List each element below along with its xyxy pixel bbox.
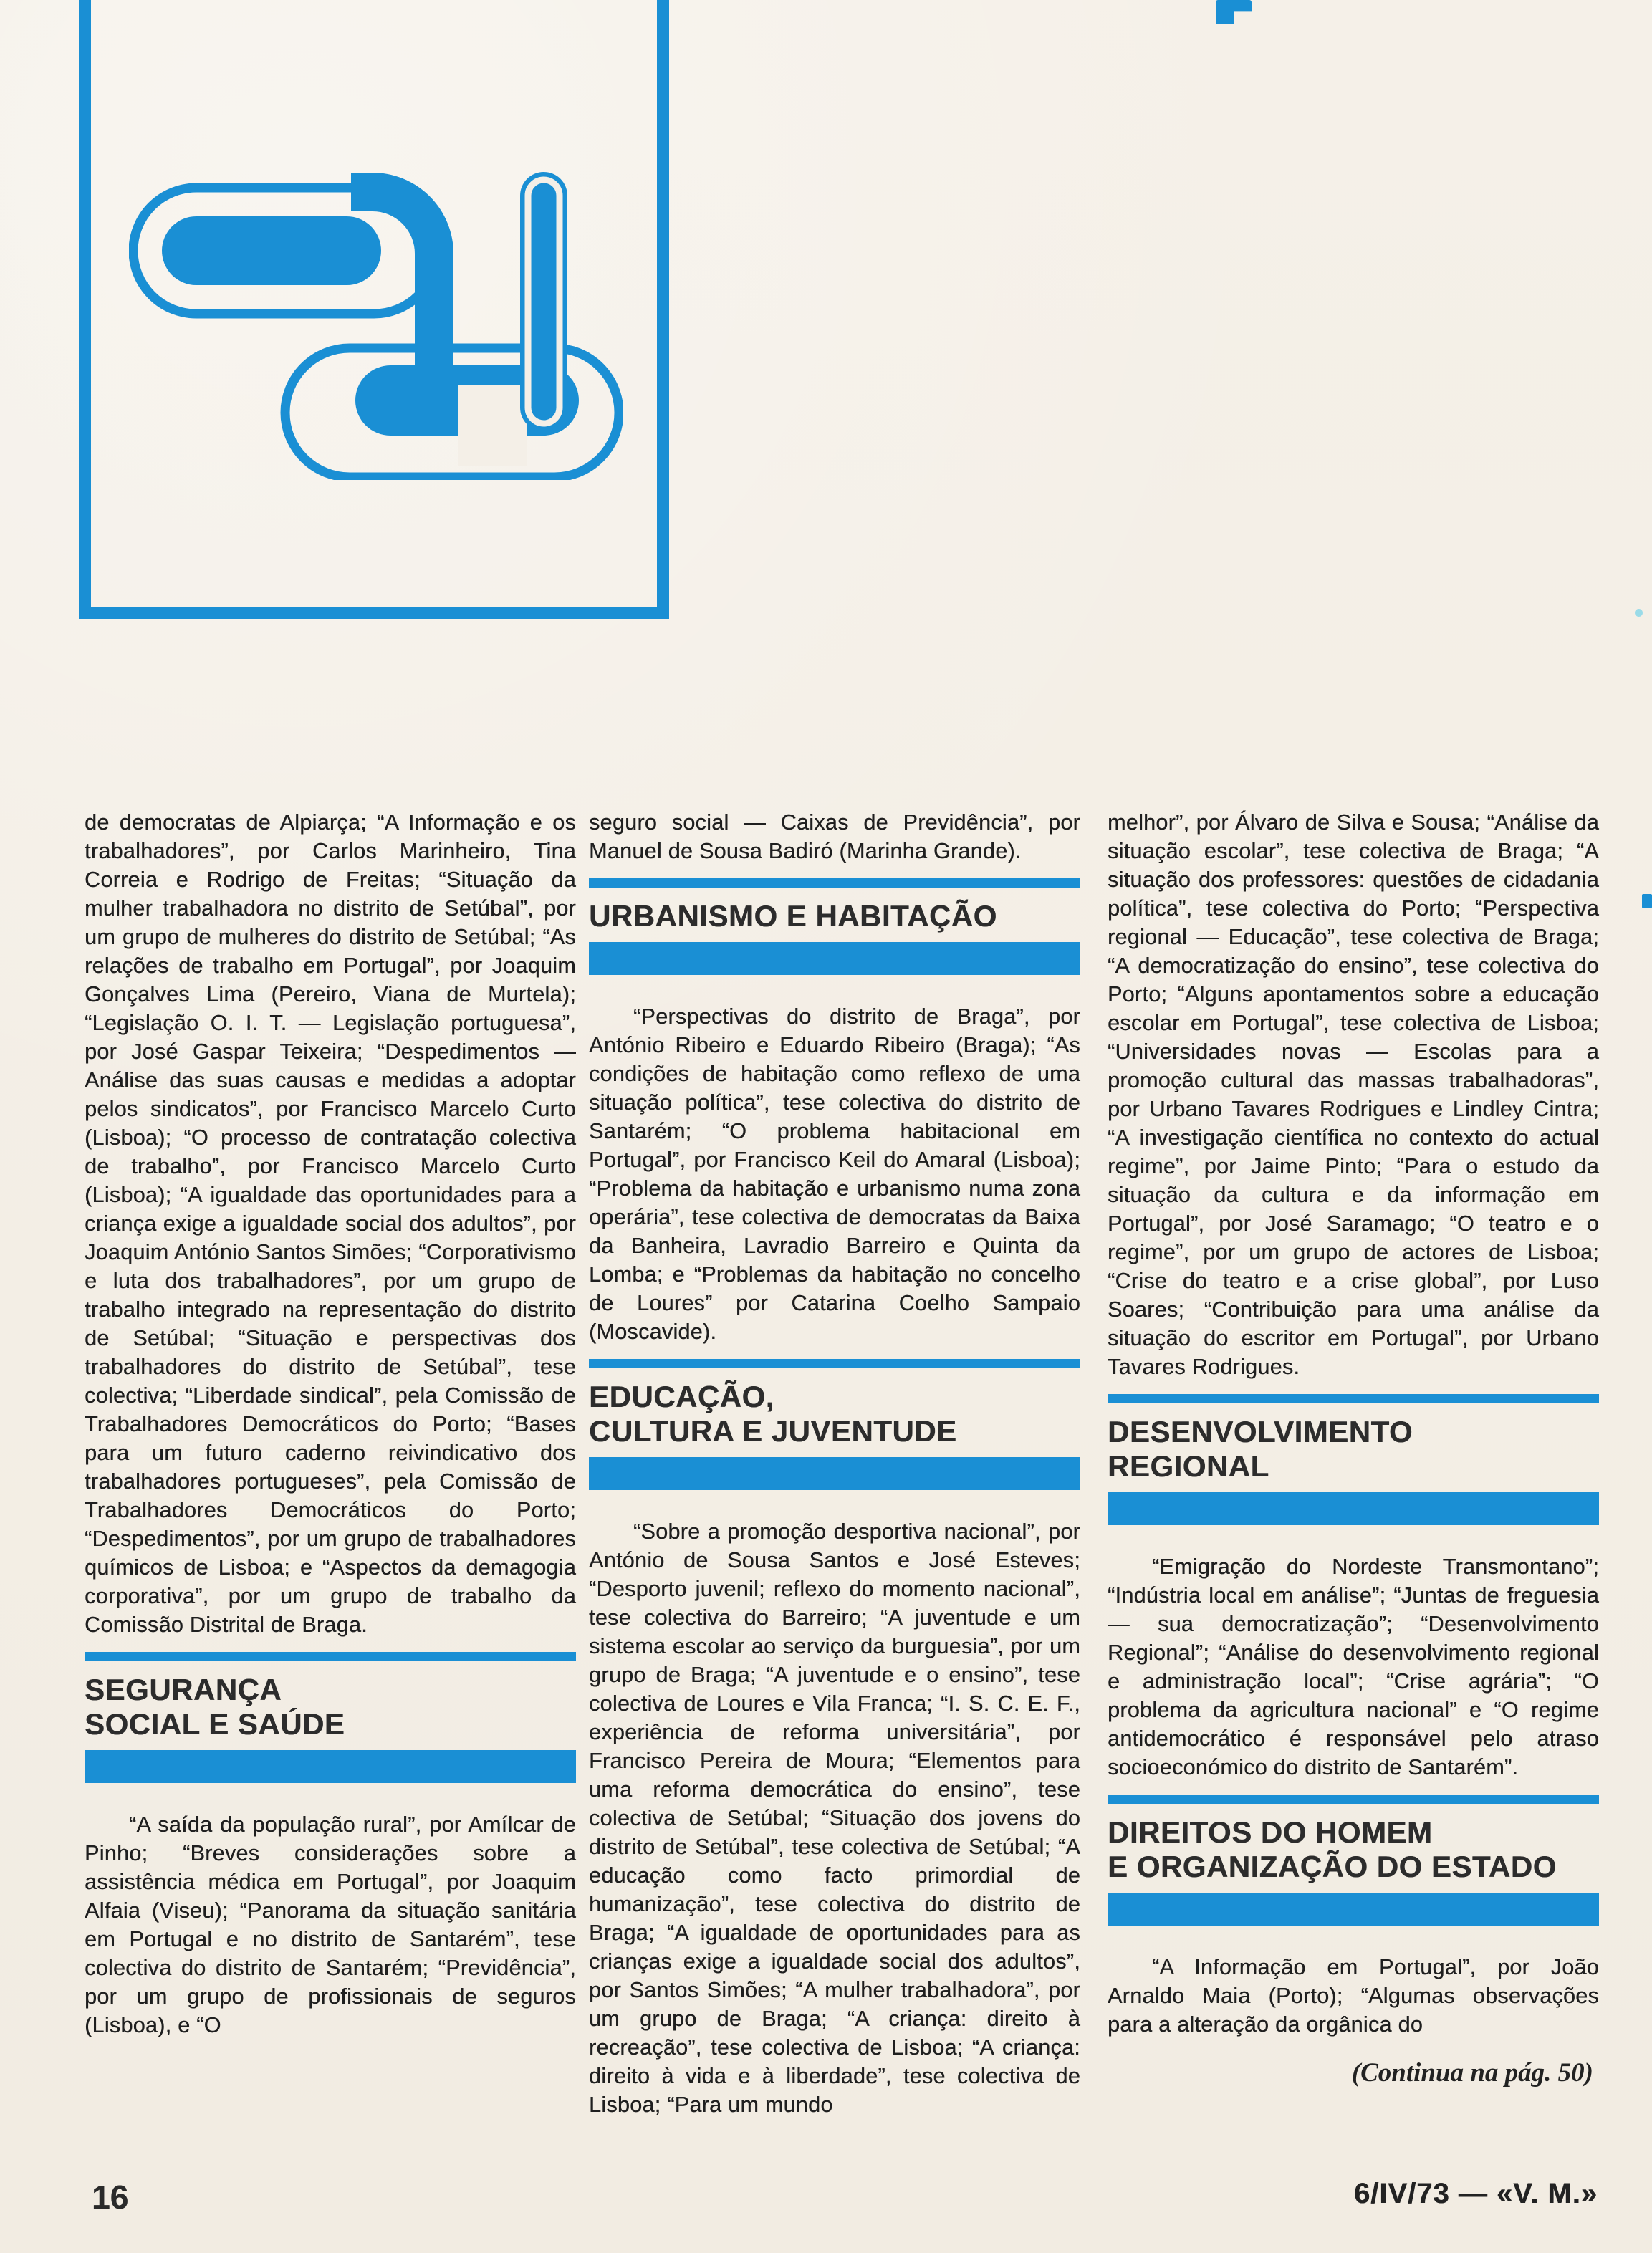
thesis-listing-text: de democratas de Alpiarça; “A Informação…: [85, 808, 576, 1639]
print-artifact: [1635, 609, 1643, 617]
print-artifact: [1642, 894, 1652, 908]
section-rule-thin: [1108, 1795, 1599, 1804]
thesis-listing-text: “A Informação em Portugal”, por João Arn…: [1108, 1953, 1599, 2039]
section-heading-seguranca-social-e-saude: SEGURANÇA SOCIAL E SAÚDE: [85, 1673, 576, 1742]
section-rule-thick: [1108, 1893, 1599, 1926]
scanned-magazine-page: de democratas de Alpiarça; “A Informação…: [0, 0, 1652, 2253]
section-rule-thin: [589, 1359, 1080, 1368]
thesis-listing-text: “A saída da população rural”, por Amílca…: [85, 1810, 576, 2040]
thesis-listing-text: melhor”, por Álvaro de Silva e Sousa; “A…: [1108, 808, 1599, 1381]
section-rule-thick: [589, 942, 1080, 975]
section-rule-thin: [1108, 1394, 1599, 1403]
masthead-logo: [129, 172, 623, 480]
section-rule-thick: [1108, 1492, 1599, 1525]
column-left: de democratas de Alpiarça; “A Informação…: [85, 808, 576, 2040]
section-rule-thick: [589, 1457, 1080, 1490]
section-heading-urbanismo-e-habitacao: URBANISMO E HABITAÇÃO: [589, 899, 1080, 933]
thesis-listing-text: seguro social — Caixas de Previdência”, …: [589, 808, 1080, 865]
continuation-note: (Continua na pág. 50): [1108, 2057, 1599, 2088]
thesis-listing-text: “Perspectivas do distrito de Braga”, por…: [589, 1002, 1080, 1346]
thesis-listing-text: “Sobre a promoção desportiva nacional”, …: [589, 1517, 1080, 2119]
date-credit: 6/IV/73 — «V. M.»: [1354, 2178, 1598, 2210]
section-heading-educacao-cultura-e-juventude: EDUCAÇÃO, CULTURA E JUVENTUDE: [589, 1380, 1080, 1449]
print-artifact: [1216, 0, 1252, 24]
section-rule-thick: [85, 1750, 576, 1783]
column-right: melhor”, por Álvaro de Silva e Sousa; “A…: [1108, 808, 1599, 2088]
section-heading-direitos-do-homem: DIREITOS DO HOMEM E ORGANIZAÇÃO DO ESTAD…: [1108, 1815, 1599, 1884]
column-middle: seguro social — Caixas de Previdência”, …: [589, 808, 1080, 2119]
section-rule-thin: [589, 878, 1080, 888]
page-number: 16: [92, 2178, 128, 2216]
thesis-listing-text: “Emigração do Nordeste Transmontano”; “I…: [1108, 1552, 1599, 1782]
section-heading-desenvolvimento-regional: DESENVOLVIMENTO REGIONAL: [1108, 1415, 1599, 1484]
section-rule-thin: [85, 1652, 576, 1661]
